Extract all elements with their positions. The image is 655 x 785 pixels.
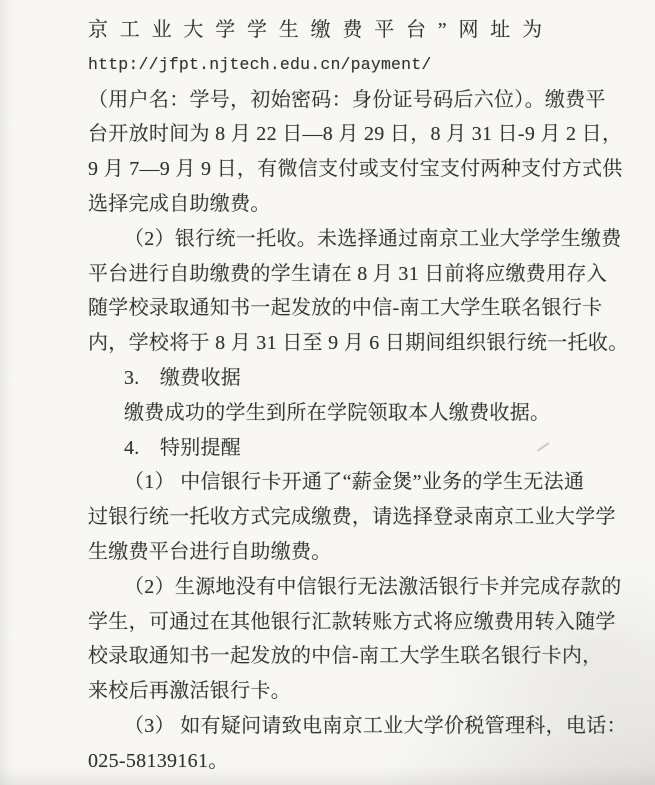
line-bank-collection-3: 随学校录取通知书一起发放的中信-南工大学生联名银行卡 [88,291,558,326]
line-reminder-1a: （1） 中信银行卡开通了“薪金煲”业务的学生无法通 [88,465,558,500]
line-reminder-1c: 生缴费平台进行自助缴费。 [88,535,558,570]
heading-special-reminder: 4. 特别提醒 [88,431,558,466]
line-bank-collection-4: 内，学校将于 8 月 31 日至 9 月 6 日期间组织银行统一托收。 [88,326,558,361]
line-open-dates-2: 9 月 7—9 月 9 日，有微信支付或支付宝支付两种支付方式供 [88,152,558,187]
document-text-block: 京工业大学学生缴费平台”网址为 http://jfpt.njtech.edu.c… [88,13,558,779]
line-reminder-2d: 来校后再激活银行卡。 [88,674,558,709]
document-page: 京工业大学学生缴费平台”网址为 http://jfpt.njtech.edu.c… [0,0,655,785]
line-bank-collection-1: （2）银行统一托收。未选择通过南京工业大学学生缴费 [88,222,558,257]
line-reminder-1b: 过银行统一托收方式完成缴费，请选择登录南京工业大学学 [88,500,558,535]
line-reminder-2a: （2）生源地没有中信银行无法激活银行卡并完成存款的 [88,570,558,605]
line-open-dates-1: 台开放时间为 8 月 22 日—8 月 29 日，8 月 31 日-9 月 2 … [88,117,558,152]
line-login-credentials: （用户名：学号，初始密码：身份证号码后六位）。缴费平 [88,83,558,118]
line-receipt-detail: 缴费成功的学生到所在学院领取本人缴费收据。 [88,396,558,431]
line-self-payment-end: 选择完成自助缴费。 [88,187,558,222]
line-phone-number: 025-58139161。 [88,744,558,779]
heading-payment-receipt: 3. 缴费收据 [88,361,558,396]
line-bank-collection-2: 平台进行自助缴费的学生请在 8 月 31 日前将应缴费用存入 [88,257,558,292]
line-reminder-3: （3） 如有疑问请致电南京工业大学价税管理科，电话： [88,709,558,744]
line-reminder-2c: 校录取通知书一起发放的中信-南工大学生联名银行卡内， [88,639,558,674]
line-reminder-2b: 学生，可通过在其他银行汇款转账方式将应缴费用转入随学 [88,605,558,640]
line-platform-name-continued: 京工业大学学生缴费平台”网址为 [88,13,558,48]
line-payment-url: http://jfpt.njtech.edu.cn/payment/ [88,48,558,83]
